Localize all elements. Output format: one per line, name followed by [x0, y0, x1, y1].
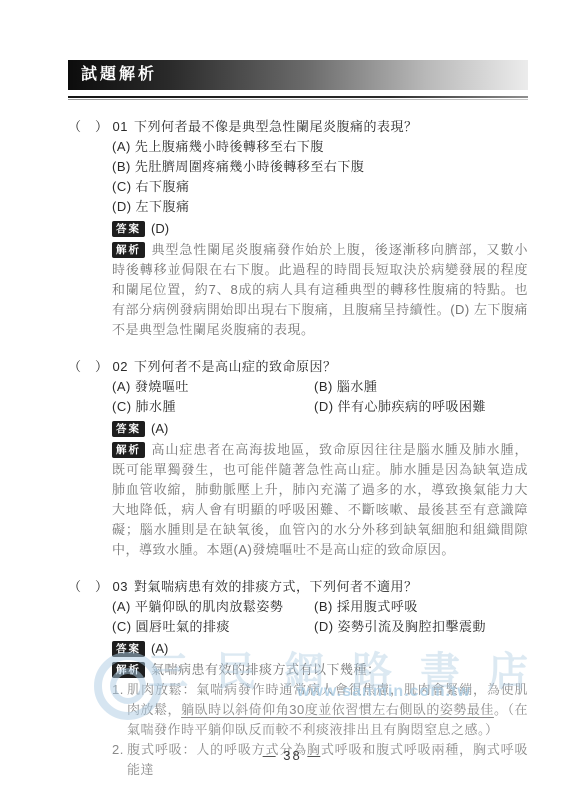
content-column: 試題解析 （ ）01下列何者最不像是典型急性闌尾炎腹痛的表現？ (A)先上腹痛幾…: [68, 60, 528, 780]
option-A: (A)先上腹痛幾小時後轉移至右下腹: [112, 137, 528, 157]
analysis-text: 典型急性闌尾炎腹痛發作始於上腹，後逐漸移向臍部，又數小時後轉移並侷限在右下腹。此…: [112, 242, 528, 337]
section-title-bar: 試題解析: [68, 60, 528, 90]
answer-bracket: （ ）: [68, 359, 109, 374]
section-title: 試題解析: [81, 66, 157, 83]
option-A: (A)發燒嘔吐: [112, 377, 314, 397]
question-text: 下列何者最不像是典型急性闌尾炎腹痛的表現？: [134, 119, 418, 134]
option-D: (D)左下腹痛: [112, 197, 528, 217]
option-B: (B)先肚臍周圍疼痛幾小時後轉移至右下腹: [112, 157, 528, 177]
analysis-paragraph: 解析典型急性闌尾炎腹痛發作始於上腹，後逐漸移向臍部，又數小時後轉移並侷限在右下腹…: [112, 240, 528, 340]
question-heading: （ ）02下列何者不是高山症的致命原因？: [68, 357, 528, 377]
analysis-list-item-1: 1.肌肉放鬆：氣喘病發作時通常病人會很焦慮，肌肉會緊繃，為使肌肉放鬆，躺臥時以斜…: [112, 680, 528, 740]
question-text: 下列何者不是高山症的致命原因？: [134, 359, 337, 374]
analysis-badge: 解析: [112, 662, 145, 678]
answer-badge: 答案: [112, 221, 145, 237]
answer-badge: 答案: [112, 421, 145, 437]
option-D: (D)姿勢引流及胸腔扣擊震動: [314, 619, 486, 634]
header-divider: [68, 96, 528, 98]
answer-bracket: （ ）: [68, 579, 109, 594]
answer-value: (A): [151, 641, 168, 656]
header-divider-light: [68, 99, 528, 100]
answer-row: 答案(A): [112, 638, 528, 659]
analysis-badge: 解析: [112, 442, 145, 458]
analysis-text: 高山症患者在高海拔地區，致命原因往往是腦水腫及肺水腫，既可能單獨發生，也可能伴隨…: [112, 442, 528, 557]
question-block-01: （ ）01下列何者最不像是典型急性闌尾炎腹痛的表現？ (A)先上腹痛幾小時後轉移…: [68, 117, 528, 340]
answer-row: 答案(D): [112, 218, 528, 239]
analysis-intro-text: 氣喘病患有效的排痰方式有以下幾種：: [151, 662, 381, 677]
analysis-paragraph: 解析高山症患者在高海拔地區，致命原因往往是腦水腫及肺水腫，既可能單獨發生，也可能…: [112, 440, 528, 560]
question-text: 對氣喘病患有效的排痰方式，下列何者不適用？: [134, 579, 418, 594]
question-heading: （ ）01下列何者最不像是典型急性闌尾炎腹痛的表現？: [68, 117, 528, 137]
page-number: — 38 —: [0, 748, 585, 763]
question-heading: （ ）03對氣喘病患有效的排痰方式，下列何者不適用？: [68, 577, 528, 597]
question-number: 02: [113, 359, 128, 374]
option-row-AB: (A)發燒嘔吐(B)腦水腫: [112, 377, 528, 397]
option-D: (D)伴有心肺疾病的呼吸困難: [314, 399, 486, 414]
option-C: (C)肺水腫: [112, 397, 314, 417]
answer-bracket: （ ）: [68, 119, 109, 134]
option-A: (A)平躺仰臥的肌肉放鬆姿勢: [112, 597, 314, 617]
question-number: 01: [113, 119, 128, 134]
item-text-underlined: 躺臥時以斜倚仰角30度並依習慣左右側臥的姿勢最佳: [181, 702, 494, 717]
answer-row: 答案(A): [112, 418, 528, 439]
analysis-badge: 解析: [112, 242, 145, 258]
option-row-CD: (C)圓唇吐氣的排痰(D)姿勢引流及胸腔扣擊震動: [112, 617, 528, 637]
answer-badge: 答案: [112, 641, 145, 657]
option-row-AB: (A)平躺仰臥的肌肉放鬆姿勢(B)採用腹式呼吸: [112, 597, 528, 617]
answer-value: (D): [151, 221, 169, 236]
answer-value: (A): [151, 421, 168, 436]
analysis-intro: 解析氣喘病患有效的排痰方式有以下幾種：: [112, 660, 528, 680]
question-number: 03: [113, 579, 128, 594]
option-row-CD: (C)肺水腫(D)伴有心肺疾病的呼吸困難: [112, 397, 528, 417]
item-number: 1.: [112, 682, 124, 697]
option-B: (B)腦水腫: [314, 379, 377, 394]
option-C: (C)圓唇吐氣的排痰: [112, 617, 314, 637]
question-block-02: （ ）02下列何者不是高山症的致命原因？ (A)發燒嘔吐(B)腦水腫 (C)肺水…: [68, 357, 528, 560]
option-C: (C)右下腹痛: [112, 177, 528, 197]
option-B: (B)採用腹式呼吸: [314, 599, 418, 614]
